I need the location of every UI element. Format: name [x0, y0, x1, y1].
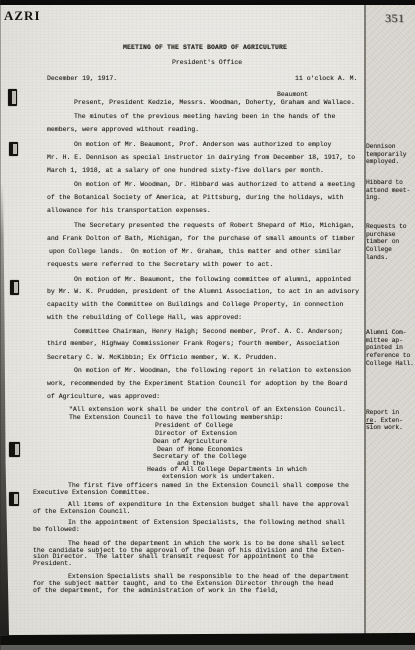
body-text-line: The minutes of the previous meeting havi…: [74, 113, 335, 121]
body-text-line: Present, President Kedzie, Messrs. Woodm…: [74, 99, 355, 107]
motion-attribution: Beaumont: [277, 91, 308, 98]
binding-clip-mark: [9, 142, 18, 156]
margin-note-line: pointed in: [366, 344, 403, 352]
body-text-line: extension work is undertaken.: [162, 473, 275, 481]
binding-clip-mark: [9, 442, 20, 457]
body-text-line: Dean of Agriculture: [153, 438, 227, 446]
document-time: 11 o'clock A. M.: [295, 75, 357, 82]
body-text-line: be followed:: [33, 526, 80, 534]
body-text-line: "All extension work shall be under the c…: [69, 406, 346, 414]
margin-column-background: [366, 4, 415, 635]
scan-edge-top: [0, 0, 415, 5]
body-text-line: members, were approved without reading.: [47, 126, 199, 134]
body-text-line: On motion of Mr. Beaumont, the following…: [74, 276, 351, 284]
body-text-line: Secretary C. W. McKibbin; Ex Officio mem…: [47, 354, 277, 362]
margin-note-line: Report in: [366, 409, 399, 417]
body-text-line: of the Extension Council.: [33, 508, 131, 516]
margin-note-line: ing.: [366, 194, 381, 202]
margin-note-line: Requests to: [366, 223, 406, 231]
document-subtitle: President's Office: [172, 59, 242, 66]
library-stamp: AZRI: [4, 8, 41, 24]
margin-note-line: lands.: [366, 254, 388, 262]
body-text-line: President of College: [155, 422, 233, 430]
body-text-line: Executive Extension Committee.: [33, 489, 150, 497]
body-text-line: Director of Extension: [155, 430, 237, 438]
margin-note-line: Hibbard to: [366, 179, 403, 187]
scan-edge-bottom-strip: [0, 645, 415, 650]
paper-edge-line: [0, 0, 1, 650]
margin-rule-line: [364, 3, 366, 635]
body-text-line: of the department, for the administratio…: [33, 587, 279, 595]
body-text-line: President.: [33, 560, 72, 568]
document-date: December 19, 1917.: [47, 75, 117, 82]
binding-clip-mark: [9, 492, 19, 506]
body-text-line: requests were referred to the Secretary …: [47, 261, 273, 269]
body-text-line: allowance for his transportation expense…: [47, 207, 211, 215]
margin-note-line: employed.: [366, 158, 399, 166]
body-text-line: with the rebuilding of College Hall, was…: [47, 314, 242, 322]
scan-smudge-left: [0, 182, 9, 635]
body-text-line: Mr. H. E. Dennison as special instructor…: [47, 154, 355, 162]
margin-note-line: Alumni Com-: [366, 329, 406, 337]
body-text-line: On motion of Mr. Woodman, Dr. Hibbard wa…: [74, 181, 355, 189]
body-text-line: sion Director. The latter shall transmit…: [33, 553, 314, 561]
margin-note-line: College: [366, 246, 392, 254]
body-text-line: March 1, 1918, at a salary of one hundre…: [47, 167, 324, 175]
margin-note-line: College Hall.: [366, 360, 414, 368]
body-text-line: On motion of Mr. Woodman, the following …: [74, 367, 351, 375]
body-text-line: Committee Chairman, Henry Haigh; Second …: [74, 328, 343, 336]
margin-note-line: reference to: [366, 352, 410, 360]
body-text-line: of the Botanical Society of America, at …: [47, 194, 343, 202]
body-text-line: upon College lands. On motion of Mr. Gra…: [49, 248, 342, 256]
document-title: MEETING OF THE STATE BOARD OF AGRICULTUR…: [123, 44, 287, 51]
body-text-line: third member, Highway Commissioner Frank…: [47, 340, 340, 348]
body-text-line: of Agriculture, was approved:: [47, 393, 160, 401]
body-text-line: capacity with the Committee on Buildings…: [47, 301, 343, 309]
margin-note-line: sion work.: [366, 424, 403, 432]
body-text-line: by Mr. W. K. Prudden, president of the A…: [47, 288, 359, 296]
body-text-line: work, recommended by the Experiment Stat…: [47, 380, 347, 388]
body-text-line: and Frank Dolton of Bath, Michigan, for …: [47, 235, 355, 243]
margin-note-line: timber on: [366, 238, 399, 246]
binding-clip-mark: [8, 89, 17, 106]
margin-note-line: Dennison: [366, 143, 395, 151]
body-text-line: On motion of Mr. Beaumont, Prof. Anderso…: [74, 141, 331, 149]
body-text-line: In the appointment of Extension Speciali…: [68, 519, 345, 527]
scanned-document-page: AZRI 351 MEETING OF THE STATE BOARD OF A…: [0, 0, 415, 650]
body-text-line: The Extension Council to have the follow…: [69, 414, 284, 422]
page-number: 351: [385, 11, 405, 26]
binding-clip-mark: [10, 280, 19, 295]
body-text-line: The Secretary presented the requests of …: [74, 222, 355, 230]
